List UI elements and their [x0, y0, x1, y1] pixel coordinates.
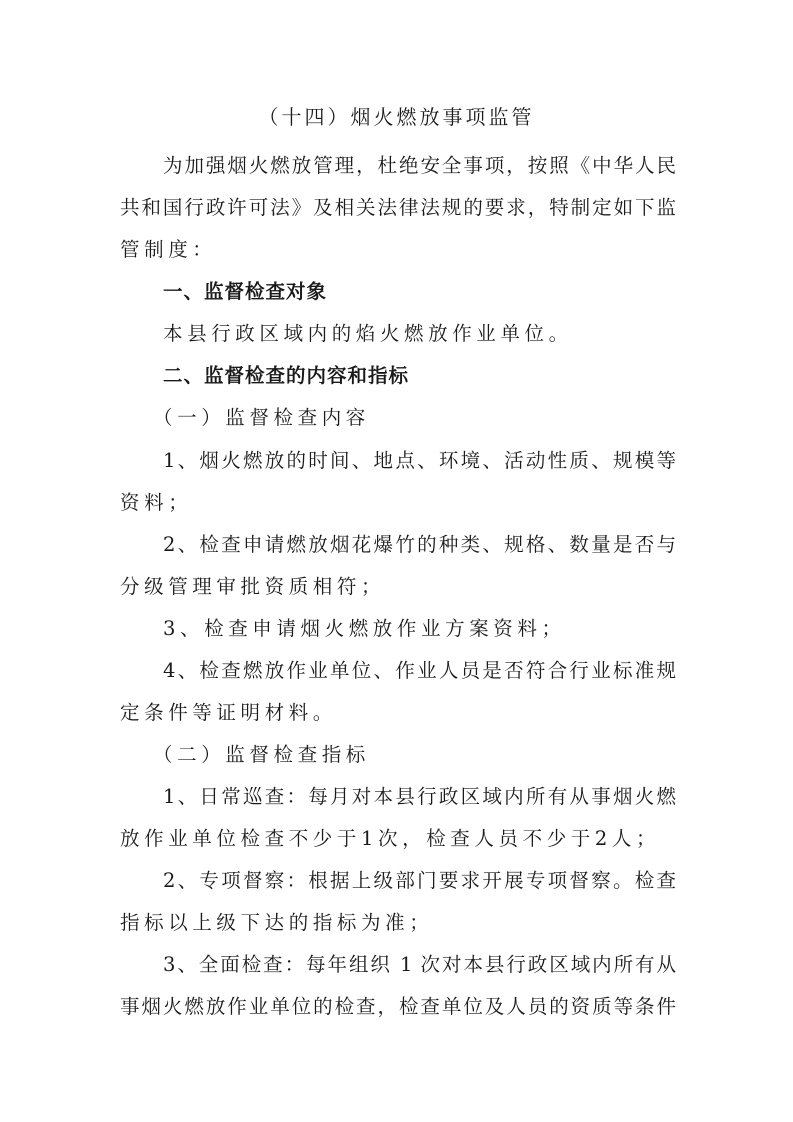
section1-body: 本县行政区域内的焰火燃放作业单位。 [163, 320, 676, 348]
intro-line-1: 为加强烟火燃放管理，杜绝安全事项，按照《中华人民 [163, 152, 676, 180]
sub1-item3-line1: 3、检查申请烟火燃放作业方案资料； [163, 615, 676, 643]
sub2-item3-line2: 事烟火燃放作业单位的检查，检查单位及人员的资质等条件 [120, 993, 676, 1021]
sub1-item1-line1: 1、烟火燃放的时间、地点、环境、活动性质、规模等 [163, 447, 676, 475]
sub1-item2-line1: 2、检查申请燃放烟花爆竹的种类、规格、数量是否与 [163, 531, 676, 559]
sub1-heading: （一）监督检查内容 [153, 404, 709, 432]
sub2-item1-line2: 放作业单位检查不少于1次，检查人员不少于2人； [120, 825, 676, 853]
intro-line-2: 共和国行政许可法》及相关法律法规的要求，特制定如下监 [120, 194, 676, 222]
section1-heading: 一、监督检查对象 [163, 278, 676, 306]
section2-heading: 二、监督检查的内容和指标 [163, 362, 676, 390]
sub1-item4-line1: 4、检查燃放作业单位、作业人员是否符合行业标准规 [163, 657, 676, 685]
document-title: （十四）烟火燃放事项监管 [0, 103, 793, 131]
sub2-item2-line2: 指标以上级下达的指标为准； [120, 909, 676, 937]
sub1-item1-line2: 资料； [120, 489, 676, 517]
sub1-item4-line2: 定条件等证明材料。 [120, 699, 676, 727]
sub2-item2-line1: 2、专项督察：根据上级部门要求开展专项督察。检查 [163, 867, 676, 895]
sub2-heading: （二）监督检查指标 [153, 741, 709, 769]
sub1-item2-line2: 分级管理审批资质相符； [120, 573, 676, 601]
sub2-item3-line1: 3、全面检查：每年组织 1 次对本县行政区域内所有从 [163, 951, 676, 979]
sub2-item1-line1: 1、日常巡查：每月对本县行政区域内所有从事烟火燃 [163, 783, 676, 811]
intro-line-3: 管制度： [120, 236, 676, 264]
